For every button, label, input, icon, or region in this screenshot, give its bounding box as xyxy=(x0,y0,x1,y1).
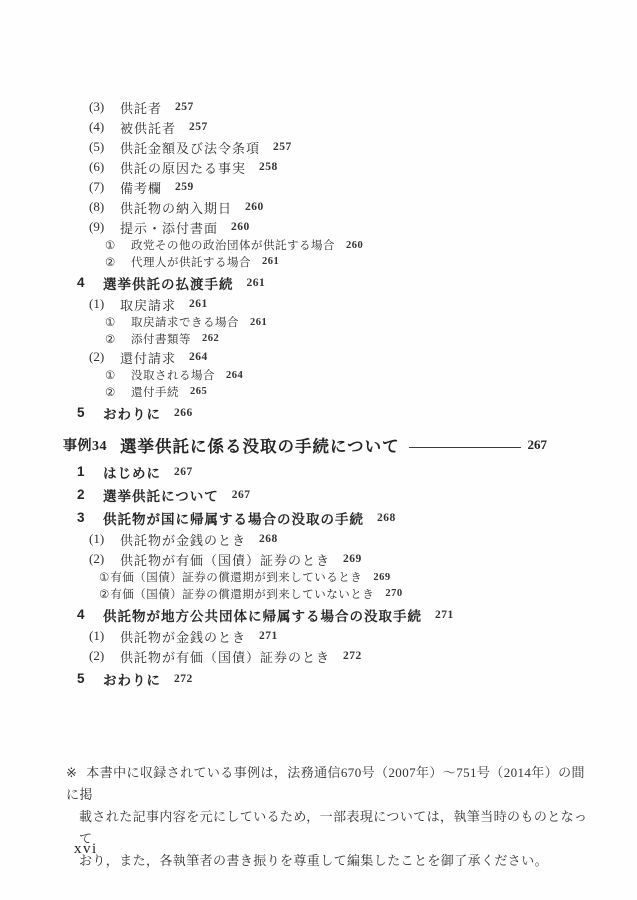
entry-number: (6) xyxy=(89,159,120,175)
toc-entry: ②有価（国債）証券の償還期が到来していないとき270 xyxy=(0,586,637,603)
toc-entry: (1)供託物が金銭のとき268 xyxy=(0,529,637,549)
toc-entry: 2選挙供託について267 xyxy=(0,484,637,505)
toc-entry: ①政党その他の政治団体が供託する場合260 xyxy=(0,237,637,254)
toc-entry: 5おわりに272 xyxy=(0,668,637,689)
entry-label: 被供託者 xyxy=(120,118,176,137)
toc-entry: ②添付書類等262 xyxy=(0,331,637,348)
toc-entry: (6)供託の原因たる事実258 xyxy=(0,157,637,177)
entry-number: 2 xyxy=(77,487,103,502)
entry-number: (3) xyxy=(89,99,120,115)
toc-entry: ②還付手続265 xyxy=(0,384,637,401)
toc-entry: (9)提示・添付書面260 xyxy=(0,217,637,237)
entry-page-number: 270 xyxy=(385,588,402,599)
entry-number: ① xyxy=(105,238,131,252)
toc-entry: (3)供託者257 xyxy=(0,97,637,117)
entry-page-number: 259 xyxy=(175,181,194,193)
entry-number: ① xyxy=(99,570,109,584)
toc-section-upper: (3)供託者257(4)被供託者257(5)供託金額及び法令条項257(6)供託… xyxy=(0,97,637,424)
entry-number: ② xyxy=(105,332,131,346)
page-folio: xvi xyxy=(74,841,98,858)
toc-entry: 4選挙供託の払渡手続261 xyxy=(0,272,637,293)
entry-page-number: 261 xyxy=(250,317,267,328)
entry-label: 取戻請求 xyxy=(120,295,176,314)
entry-number: (1) xyxy=(89,531,120,547)
entry-number: 4 xyxy=(77,607,103,622)
toc-entry: (1)供託物が金銭のとき271 xyxy=(0,626,637,646)
entry-page-number: 265 xyxy=(190,386,207,397)
toc-entry: ①取戻請求できる場合261 xyxy=(0,314,637,331)
entry-page-number: 257 xyxy=(273,141,292,153)
toc-entry: ①有価（国債）証券の償還期が到来しているとき269 xyxy=(0,569,637,586)
entry-number: ① xyxy=(105,368,131,382)
entry-label: 選挙供託の払渡手続 xyxy=(103,273,234,293)
toc-entry: (7)備考欄259 xyxy=(0,177,637,197)
reference-mark: ※ xyxy=(66,765,77,780)
entry-label: 供託物の納入期日 xyxy=(120,198,232,217)
toc-entry: 5おわりに266 xyxy=(0,402,637,423)
entry-page-number: 264 xyxy=(189,351,208,363)
entry-number: (4) xyxy=(89,119,120,135)
leader-line xyxy=(409,447,521,448)
case-heading: 事例34 選挙供託に係る没取の手続について 267 xyxy=(63,433,547,457)
entry-label: おわりに xyxy=(103,403,161,423)
entry-label: 没取される場合 xyxy=(131,367,215,383)
toc-entry: (2)供託物が有価（国債）証券のとき272 xyxy=(0,646,637,666)
entry-label: 有価（国債）証券の償還期が到来していないとき xyxy=(110,586,374,602)
entry-page-number: 261 xyxy=(262,256,279,267)
entry-number: ② xyxy=(99,587,109,601)
entry-page-number: 272 xyxy=(174,673,193,685)
toc-entry: ②代理人が供託する場合261 xyxy=(0,254,637,271)
entry-page-number: 272 xyxy=(343,650,362,662)
entry-page-number: 257 xyxy=(189,121,208,133)
entry-number: 3 xyxy=(77,510,103,525)
entry-label: 供託物が国に帰属する場合の没取の手続 xyxy=(103,508,364,528)
entry-number: (1) xyxy=(89,296,120,312)
entry-page-number: 269 xyxy=(343,553,362,565)
footnote-line: 載された記事内容を元にしているため，一部表現については，執筆当時のものとなって xyxy=(79,806,594,850)
footnote-line: ※本書中に収録されている事例は，法務通信670号（2007年）～751号（201… xyxy=(66,762,594,806)
entry-number: 5 xyxy=(77,671,103,686)
entry-number: (2) xyxy=(89,648,120,664)
case-number: 事例34 xyxy=(63,435,107,455)
toc-section-case34: 1はじめに2672選挙供託について2673供託物が国に帰属する場合の没取の手続2… xyxy=(0,459,637,690)
toc-entry: 4供託物が地方公共団体に帰属する場合の没取手続271 xyxy=(0,604,637,625)
entry-number: (2) xyxy=(89,551,120,567)
book-toc-page: { "toc_part1": { "entries": [ { "type": … xyxy=(0,0,637,900)
entry-number: ① xyxy=(105,315,131,329)
entry-label: 政党その他の政治団体が供託する場合 xyxy=(131,237,335,253)
entry-page-number: 261 xyxy=(189,298,208,310)
case-page-number: 267 xyxy=(528,437,548,453)
entry-page-number: 269 xyxy=(373,572,390,583)
entry-page-number: 266 xyxy=(174,407,193,419)
entry-label: はじめに xyxy=(103,462,161,482)
entry-page-number: 262 xyxy=(202,333,219,344)
entry-number: (9) xyxy=(89,219,120,235)
toc-entry: (1)取戻請求261 xyxy=(0,294,637,314)
entry-label: 供託物が金銭のとき xyxy=(120,627,246,646)
entry-page-number: 268 xyxy=(259,533,278,545)
entry-page-number: 261 xyxy=(247,277,266,289)
entry-label: 供託者 xyxy=(120,98,162,117)
entry-page-number: 260 xyxy=(245,201,264,213)
toc-entry: (5)供託金額及び法令条項257 xyxy=(0,137,637,157)
entry-page-number: 271 xyxy=(259,630,278,642)
entry-label: 供託の原因たる事実 xyxy=(120,158,246,177)
entry-number: (1) xyxy=(89,628,120,644)
toc-entry: 1はじめに267 xyxy=(0,461,637,482)
entry-label: 供託物が有価（国債）証券のとき xyxy=(120,550,330,569)
entry-label: 代理人が供託する場合 xyxy=(131,254,251,270)
footnote-text: 本書中に収録されている事例は，法務通信670号（2007年）～751号（2014… xyxy=(66,765,585,802)
entry-label: おわりに xyxy=(103,669,161,689)
entry-label: 還付手続 xyxy=(131,384,179,400)
toc-entry: ①没取される場合264 xyxy=(0,367,637,384)
entry-label: 還付請求 xyxy=(120,348,176,367)
entry-page-number: 257 xyxy=(175,101,194,113)
entry-number: (8) xyxy=(89,199,120,215)
entry-page-number: 267 xyxy=(174,466,193,478)
entry-label: 選挙供託について xyxy=(103,485,219,505)
entry-label: 供託物が地方公共団体に帰属する場合の没取手続 xyxy=(103,605,422,625)
footnote-line: おり，また，各執筆者の書き振りを尊重して編集したことを御了承ください。 xyxy=(79,850,594,872)
entry-label: 有価（国債）証券の償還期が到来しているとき xyxy=(110,569,362,585)
entry-page-number: 271 xyxy=(435,609,454,621)
entry-label: 備考欄 xyxy=(120,178,162,197)
entry-label: 添付書類等 xyxy=(131,331,191,347)
footnote: ※本書中に収録されている事例は，法務通信670号（2007年）～751号（201… xyxy=(66,762,594,872)
entry-number: 1 xyxy=(77,464,103,479)
entry-label: 取戻請求できる場合 xyxy=(131,314,239,330)
entry-label: 供託物が金銭のとき xyxy=(120,530,246,549)
entry-number: (2) xyxy=(89,349,120,365)
toc-entry: (2)還付請求264 xyxy=(0,347,637,367)
entry-number: (5) xyxy=(89,139,120,155)
entry-number: 5 xyxy=(77,405,103,420)
toc-entry: (4)被供託者257 xyxy=(0,117,637,137)
entry-number: ② xyxy=(105,385,131,399)
toc-entry: 3供託物が国に帰属する場合の没取の手続268 xyxy=(0,507,637,528)
entry-label: 供託金額及び法令条項 xyxy=(120,138,260,157)
entry-page-number: 267 xyxy=(232,489,251,501)
entry-label: 提示・添付書面 xyxy=(120,218,218,237)
entry-number: 4 xyxy=(77,275,103,290)
entry-page-number: 260 xyxy=(231,221,250,233)
toc-entry: (8)供託物の納入期日260 xyxy=(0,197,637,217)
entry-number: (7) xyxy=(89,179,120,195)
entry-number: ② xyxy=(105,255,131,269)
entry-page-number: 264 xyxy=(226,370,243,381)
entry-label: 供託物が有価（国債）証券のとき xyxy=(120,647,330,666)
entry-page-number: 260 xyxy=(346,240,363,251)
entry-page-number: 258 xyxy=(259,161,278,173)
entry-page-number: 268 xyxy=(377,512,396,524)
case-title: 選挙供託に係る没取の手続について xyxy=(120,433,400,457)
toc-entry: (2)供託物が有価（国債）証券のとき269 xyxy=(0,549,637,569)
